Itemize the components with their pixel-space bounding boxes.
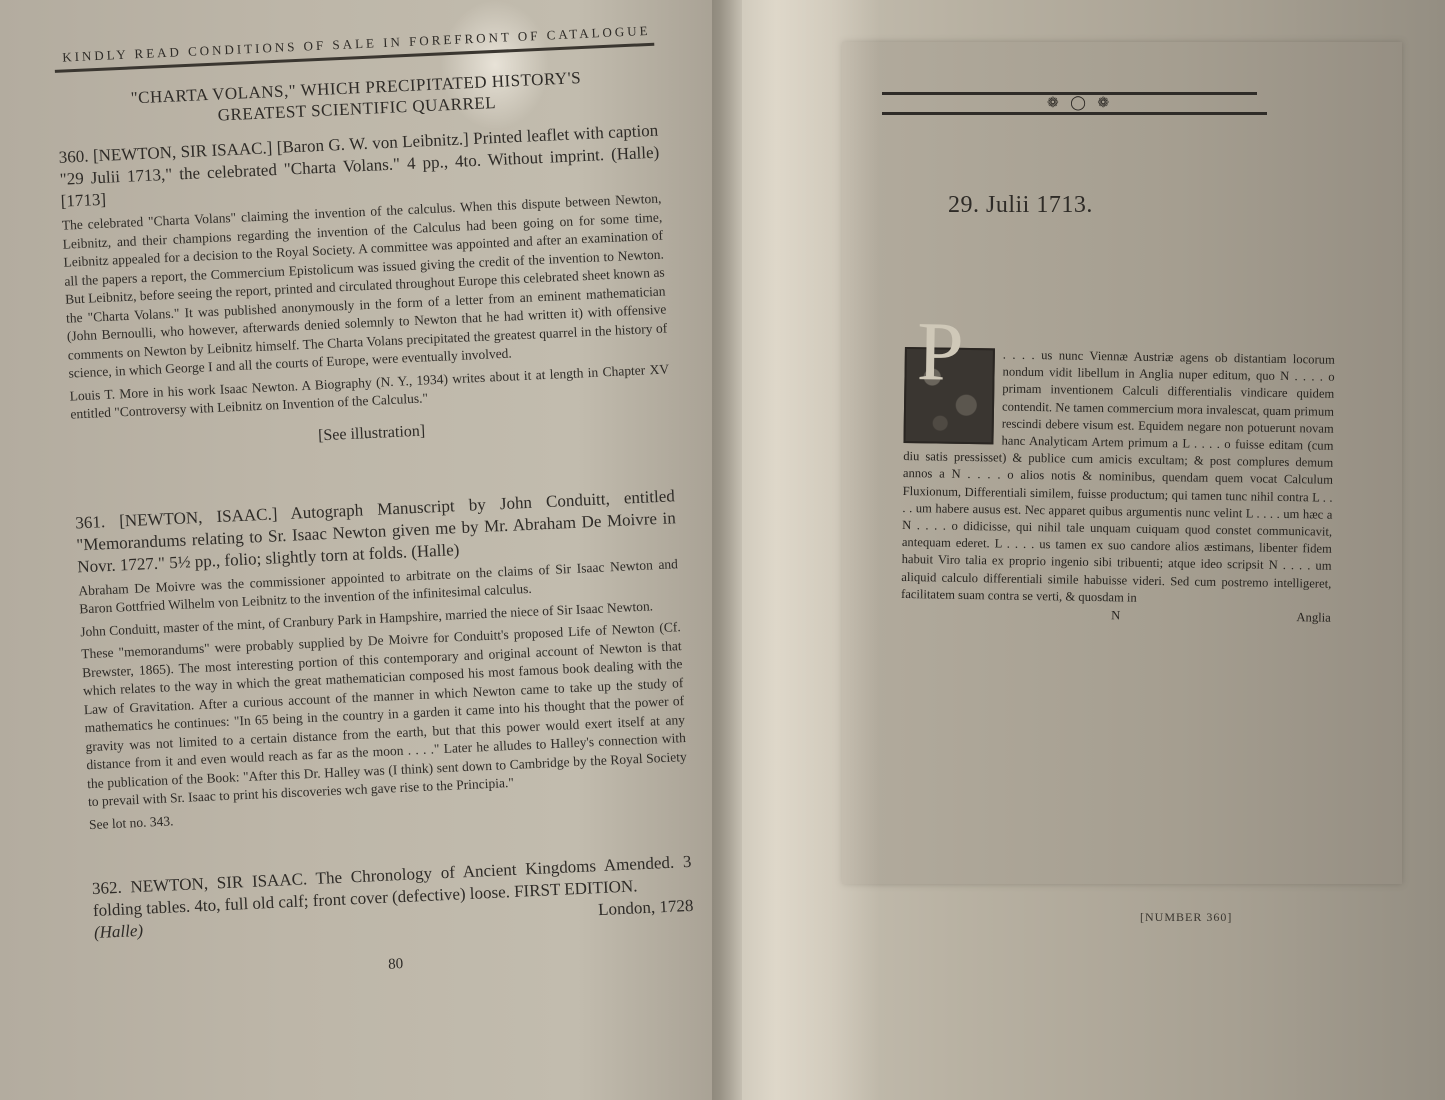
- facsimile-date: 29. Julii 1713.: [948, 192, 1093, 219]
- lot-number: 362.: [92, 878, 123, 898]
- light-glare: [720, 0, 880, 1100]
- facsimile-text-block: P . . . . us nunc Viennæ Austriæ agens o…: [901, 345, 1335, 628]
- decorated-initial-icon: P: [903, 347, 994, 444]
- ornament-rule-bottom: [882, 112, 1267, 115]
- lot-360: 360. [NEWTON, SIR ISAAC.] [Baron G. W. v…: [58, 120, 671, 456]
- lot-361: 361. [NEWTON, ISAAC.] Autograph Manuscri…: [75, 485, 689, 834]
- lot-note: The celebrated "Charta Volans" claiming …: [61, 190, 668, 384]
- lot-place-date: London, 1728: [598, 895, 694, 921]
- initial-letter: P: [917, 343, 964, 361]
- lot-note: These "memorandums" were probably suppli…: [81, 618, 688, 812]
- section-title: "Charta Volans," which precipitated hist…: [56, 64, 657, 133]
- header-ornament: ❁ ◯ ❁: [882, 92, 1267, 116]
- lot-number: 360.: [58, 147, 89, 167]
- plate-caption: [Number 360]: [1140, 910, 1232, 925]
- lot-source: (Halle): [94, 921, 144, 942]
- lot-number: 361.: [75, 512, 106, 532]
- book-spread: Kindly read conditions of sale in forefr…: [0, 0, 1445, 1100]
- lot-362: 362. NEWTON, SIR ISAAC. The Chronology o…: [92, 851, 694, 944]
- fleuron-icon: ❁ ◯ ❁: [1047, 95, 1113, 112]
- left-page-content: Kindly read conditions of sale in forefr…: [52, 0, 696, 987]
